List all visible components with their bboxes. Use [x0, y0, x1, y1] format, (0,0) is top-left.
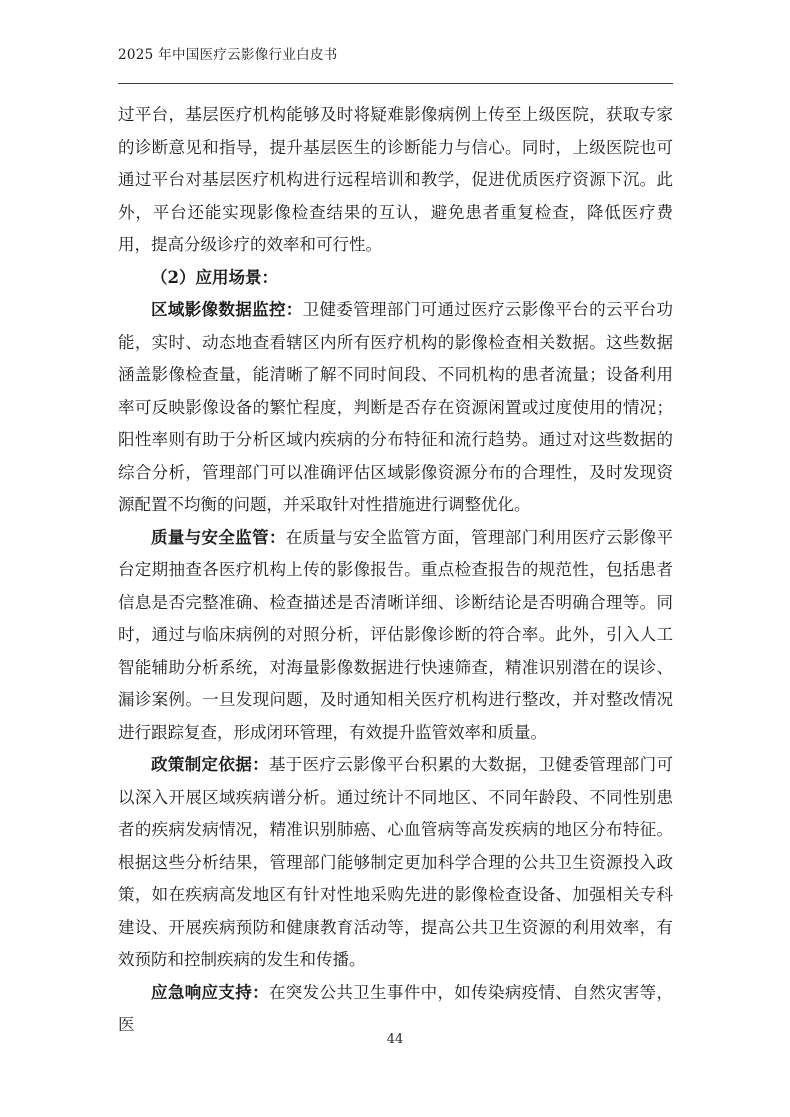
- header-divider: [118, 83, 673, 84]
- paragraph-lead: （2）应用场景：: [151, 268, 278, 287]
- paragraph-text: 卫健委管理部门可通过医疗云影像平台的云平台功能，实时、动态地查看辖区内所有医疗机…: [118, 300, 673, 514]
- paragraph-continuation: 过平台，基层医疗机构能够及时将疑难影像病例上传至上级医院，获取专家的诊断意见和指…: [118, 99, 673, 262]
- document-body: 过平台，基层医疗机构能够及时将疑难影像病例上传至上级医院，获取专家的诊断意见和指…: [118, 99, 673, 1042]
- paragraph-text: 过平台，基层医疗机构能够及时将疑难影像病例上传至上级医院，获取专家的诊断意见和指…: [118, 105, 673, 254]
- paragraph-text: 在质量与安全监管方面，管理部门利用医疗云影像平台定期抽查各医疗机构上传的影像报告…: [118, 528, 673, 742]
- page: 2025 年中国医疗云影像行业白皮书 过平台，基层医疗机构能够及时将疑难影像病例…: [0, 0, 790, 1117]
- paragraph-text: 基于医疗云影像平台积累的大数据，卫健委管理部门可以深入开展区域疾病谱分析。通过统…: [118, 755, 673, 969]
- paragraph-lead: 应急响应支持：: [151, 983, 269, 1002]
- paragraph-policy-making-basis: 政策制定依据：基于医疗云影像平台积累的大数据，卫健委管理部门可以深入开展区域疾病…: [118, 749, 673, 977]
- page-number: 44: [0, 1031, 790, 1049]
- paragraph-regional-imaging-data-monitoring: 区域影像数据监控：卫健委管理部门可通过医疗云影像平台的云平台功能，实时、动态地查…: [118, 294, 673, 522]
- paragraph-quality-safety-supervision: 质量与安全监管：在质量与安全监管方面，管理部门利用医疗云影像平台定期抽查各医疗机…: [118, 522, 673, 750]
- document-page: { "page": { "header": "2025 年中国医疗云影像行业白皮…: [0, 0, 790, 1117]
- paragraph-lead: 政策制定依据：: [151, 755, 269, 774]
- paragraph-lead: 质量与安全监管：: [151, 528, 286, 547]
- section-heading-application-scenarios: （2）应用场景：: [118, 262, 673, 295]
- page-header-title: 2025 年中国医疗云影像行业白皮书: [118, 46, 673, 64]
- paragraph-lead: 区域影像数据监控：: [151, 300, 303, 319]
